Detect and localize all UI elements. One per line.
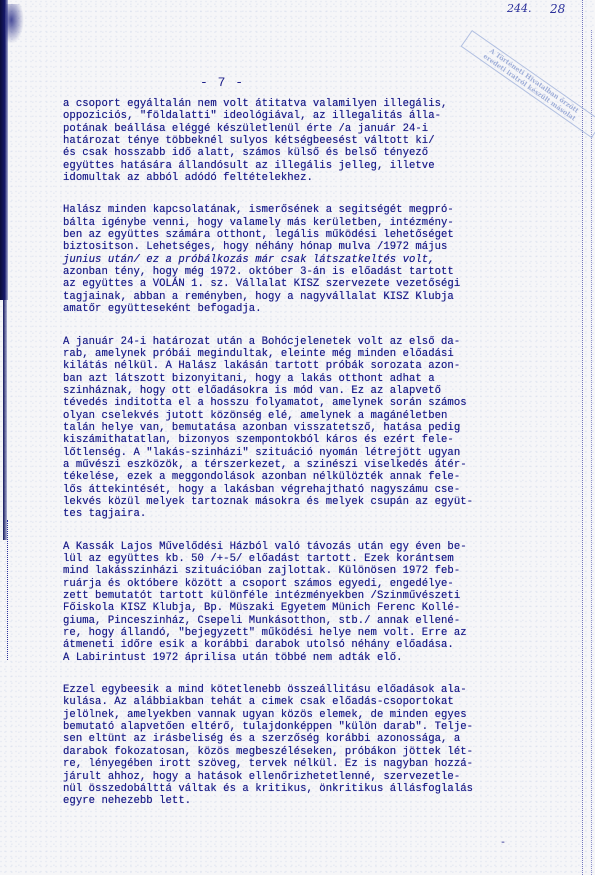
- text-line: giuma, Pinceszinház, Csepeli Munkásottho…: [63, 615, 563, 627]
- paragraph-4: A Kassák Lajos Művelődési Házból való tá…: [63, 541, 563, 664]
- text-line: bemutató alapvetően eltérő, tulajdonképp…: [63, 721, 563, 733]
- text-line: lőtlenség. A "lakás-szinházi" szituáció …: [63, 447, 563, 459]
- text-line: rab, amelynek próbái megindultak, eleint…: [63, 348, 563, 360]
- paragraph-2: Halász minden kapcsolatának, ismerősének…: [63, 204, 563, 315]
- text-line: olyan cselekvés jutott közönség elé, ame…: [63, 410, 563, 422]
- page-number: - 7 -: [200, 75, 244, 90]
- text-line: egyre nehezebb lett.: [63, 795, 563, 807]
- end-mark: -: [500, 838, 506, 849]
- text-line: zett bemutatót tartott különféle intézmé…: [63, 590, 563, 602]
- scan-binding-fade: [7, 520, 10, 660]
- text-line: szinháznak, hogy ott előadásokra is mód …: [63, 385, 563, 397]
- text-line: A Kassák Lajos Művelődési Házból való tá…: [63, 541, 563, 553]
- text-line: biztositson. Lehetséges, hogy néhány hón…: [63, 241, 563, 253]
- text-line: kilátás nélkül. A Halász lakásán tartott…: [63, 360, 563, 372]
- text-line: járult ahhoz, hogy a hatások ellenőrizhe…: [63, 771, 563, 783]
- handwritten-annotation: 28: [550, 2, 565, 16]
- text-line: oppoziciós, "földalatti" ideológiával, a…: [63, 110, 563, 122]
- text-line: határozat ténye többeknél sulyos kétségb…: [63, 135, 563, 147]
- text-line: amatőr együtteseként befogadja.: [63, 303, 563, 315]
- scan-page-edge-outer: [591, 30, 592, 875]
- document-body: a csoport egyáltalán nem volt átitatva v…: [63, 98, 563, 828]
- scan-binding-shadow-lower: [3, 300, 7, 540]
- paragraph-5: Ezzel egybeesik a mind kötetlenebb össze…: [63, 684, 563, 807]
- scan-smudge: [6, 4, 24, 44]
- text-line: a művészi eszközök, a térszerkezet, a sz…: [63, 459, 563, 471]
- text-line: nül összedobálttá váltak és a kritikus, …: [63, 783, 563, 795]
- text-line: darabok fokozatosan, közös megbeszélések…: [63, 746, 563, 758]
- text-line: ben az együttes számára otthont, legális…: [63, 229, 563, 241]
- text-line: A január 24-i határozat után a Bohócjele…: [63, 336, 563, 348]
- text-line: kulása. Az alábbiakban tehát a cimek csa…: [63, 696, 563, 708]
- text-line: potának beállása eléggé készületlenül ér…: [63, 123, 563, 135]
- text-line: jelölnek, amelyekben vannak ugyan közös …: [63, 709, 563, 721]
- text-line-italic: junius után/ ez a próbálkozás már csak l…: [63, 254, 563, 266]
- text-line: lekvés közül melyek tartoznak másokra és…: [63, 496, 563, 508]
- text-line: lős áttekintését, hogy a lakásban végreh…: [63, 484, 563, 496]
- text-line: együttes hatására állandósult az illegál…: [63, 160, 563, 172]
- text-line: kiszámithatatlan, bizonyos szempontokból…: [63, 434, 563, 446]
- text-line: az együttes a VOLÁN 1. sz. Vállalat KISZ…: [63, 278, 563, 290]
- text-line: Ezzel egybeesik a mind kötetlenebb össze…: [63, 684, 563, 696]
- text-line: tékelése, ezek a meggondolások azonban n…: [63, 471, 563, 483]
- text-line: Főiskola KISZ Klubja, Bp. Müszaki Egyete…: [63, 602, 563, 614]
- text-line: ruárja és októbere között a csoport szám…: [63, 578, 563, 590]
- text-line: tes tagjaira.: [63, 508, 563, 520]
- text-line: azonban tény, hogy még 1972. október 3-á…: [63, 266, 563, 278]
- text-line: sen eltünt az irásbeliség és a szerzőség…: [63, 733, 563, 745]
- text-line: tagjainak, abban a reményben, hogy a nag…: [63, 291, 563, 303]
- document-page: 244. 28 A Történeti Hivatalban őrzött er…: [0, 0, 595, 875]
- text-line: tévedés inditotta el a hosszu folyamatot…: [63, 397, 563, 409]
- paragraph-1: a csoport egyáltalán nem volt átitatva v…: [63, 98, 563, 184]
- text-line: Halász minden kapcsolatának, ismerősének…: [63, 204, 563, 216]
- scan-binding-shadow: [0, 0, 8, 300]
- text-line: lül az együttes kb. 50 /+-5/ előadást ta…: [63, 553, 563, 565]
- handwritten-folio-number: 244.: [507, 2, 532, 15]
- text-line: átmeneti időre esik a korábbi darabok ut…: [63, 639, 563, 651]
- text-line: mind lakásszinházi szituációban zajlotta…: [63, 565, 563, 577]
- text-line: re, lényegében irott szöveg, tervek nélk…: [63, 758, 563, 770]
- text-line: a csoport egyáltalán nem volt átitatva v…: [63, 98, 563, 110]
- text-line: talán helye van, bemutatása azonban viss…: [63, 422, 563, 434]
- text-line: ban azt látszott bizonyitani, hogy a lak…: [63, 373, 563, 385]
- text-line: A Labirintust 1972 áprilisa után többé n…: [63, 652, 563, 664]
- text-line: idomultak az abból adódó feltételekhez.: [63, 172, 563, 184]
- text-line: és csak hosszabb idő alatt, számos külső…: [63, 147, 563, 159]
- text-line: bálta igénybe venni, hogy valamely más k…: [63, 217, 563, 229]
- text-line: re, hogy állandó, "bejegyzett" működési …: [63, 627, 563, 639]
- paragraph-3: A január 24-i határozat után a Bohócjele…: [63, 336, 563, 521]
